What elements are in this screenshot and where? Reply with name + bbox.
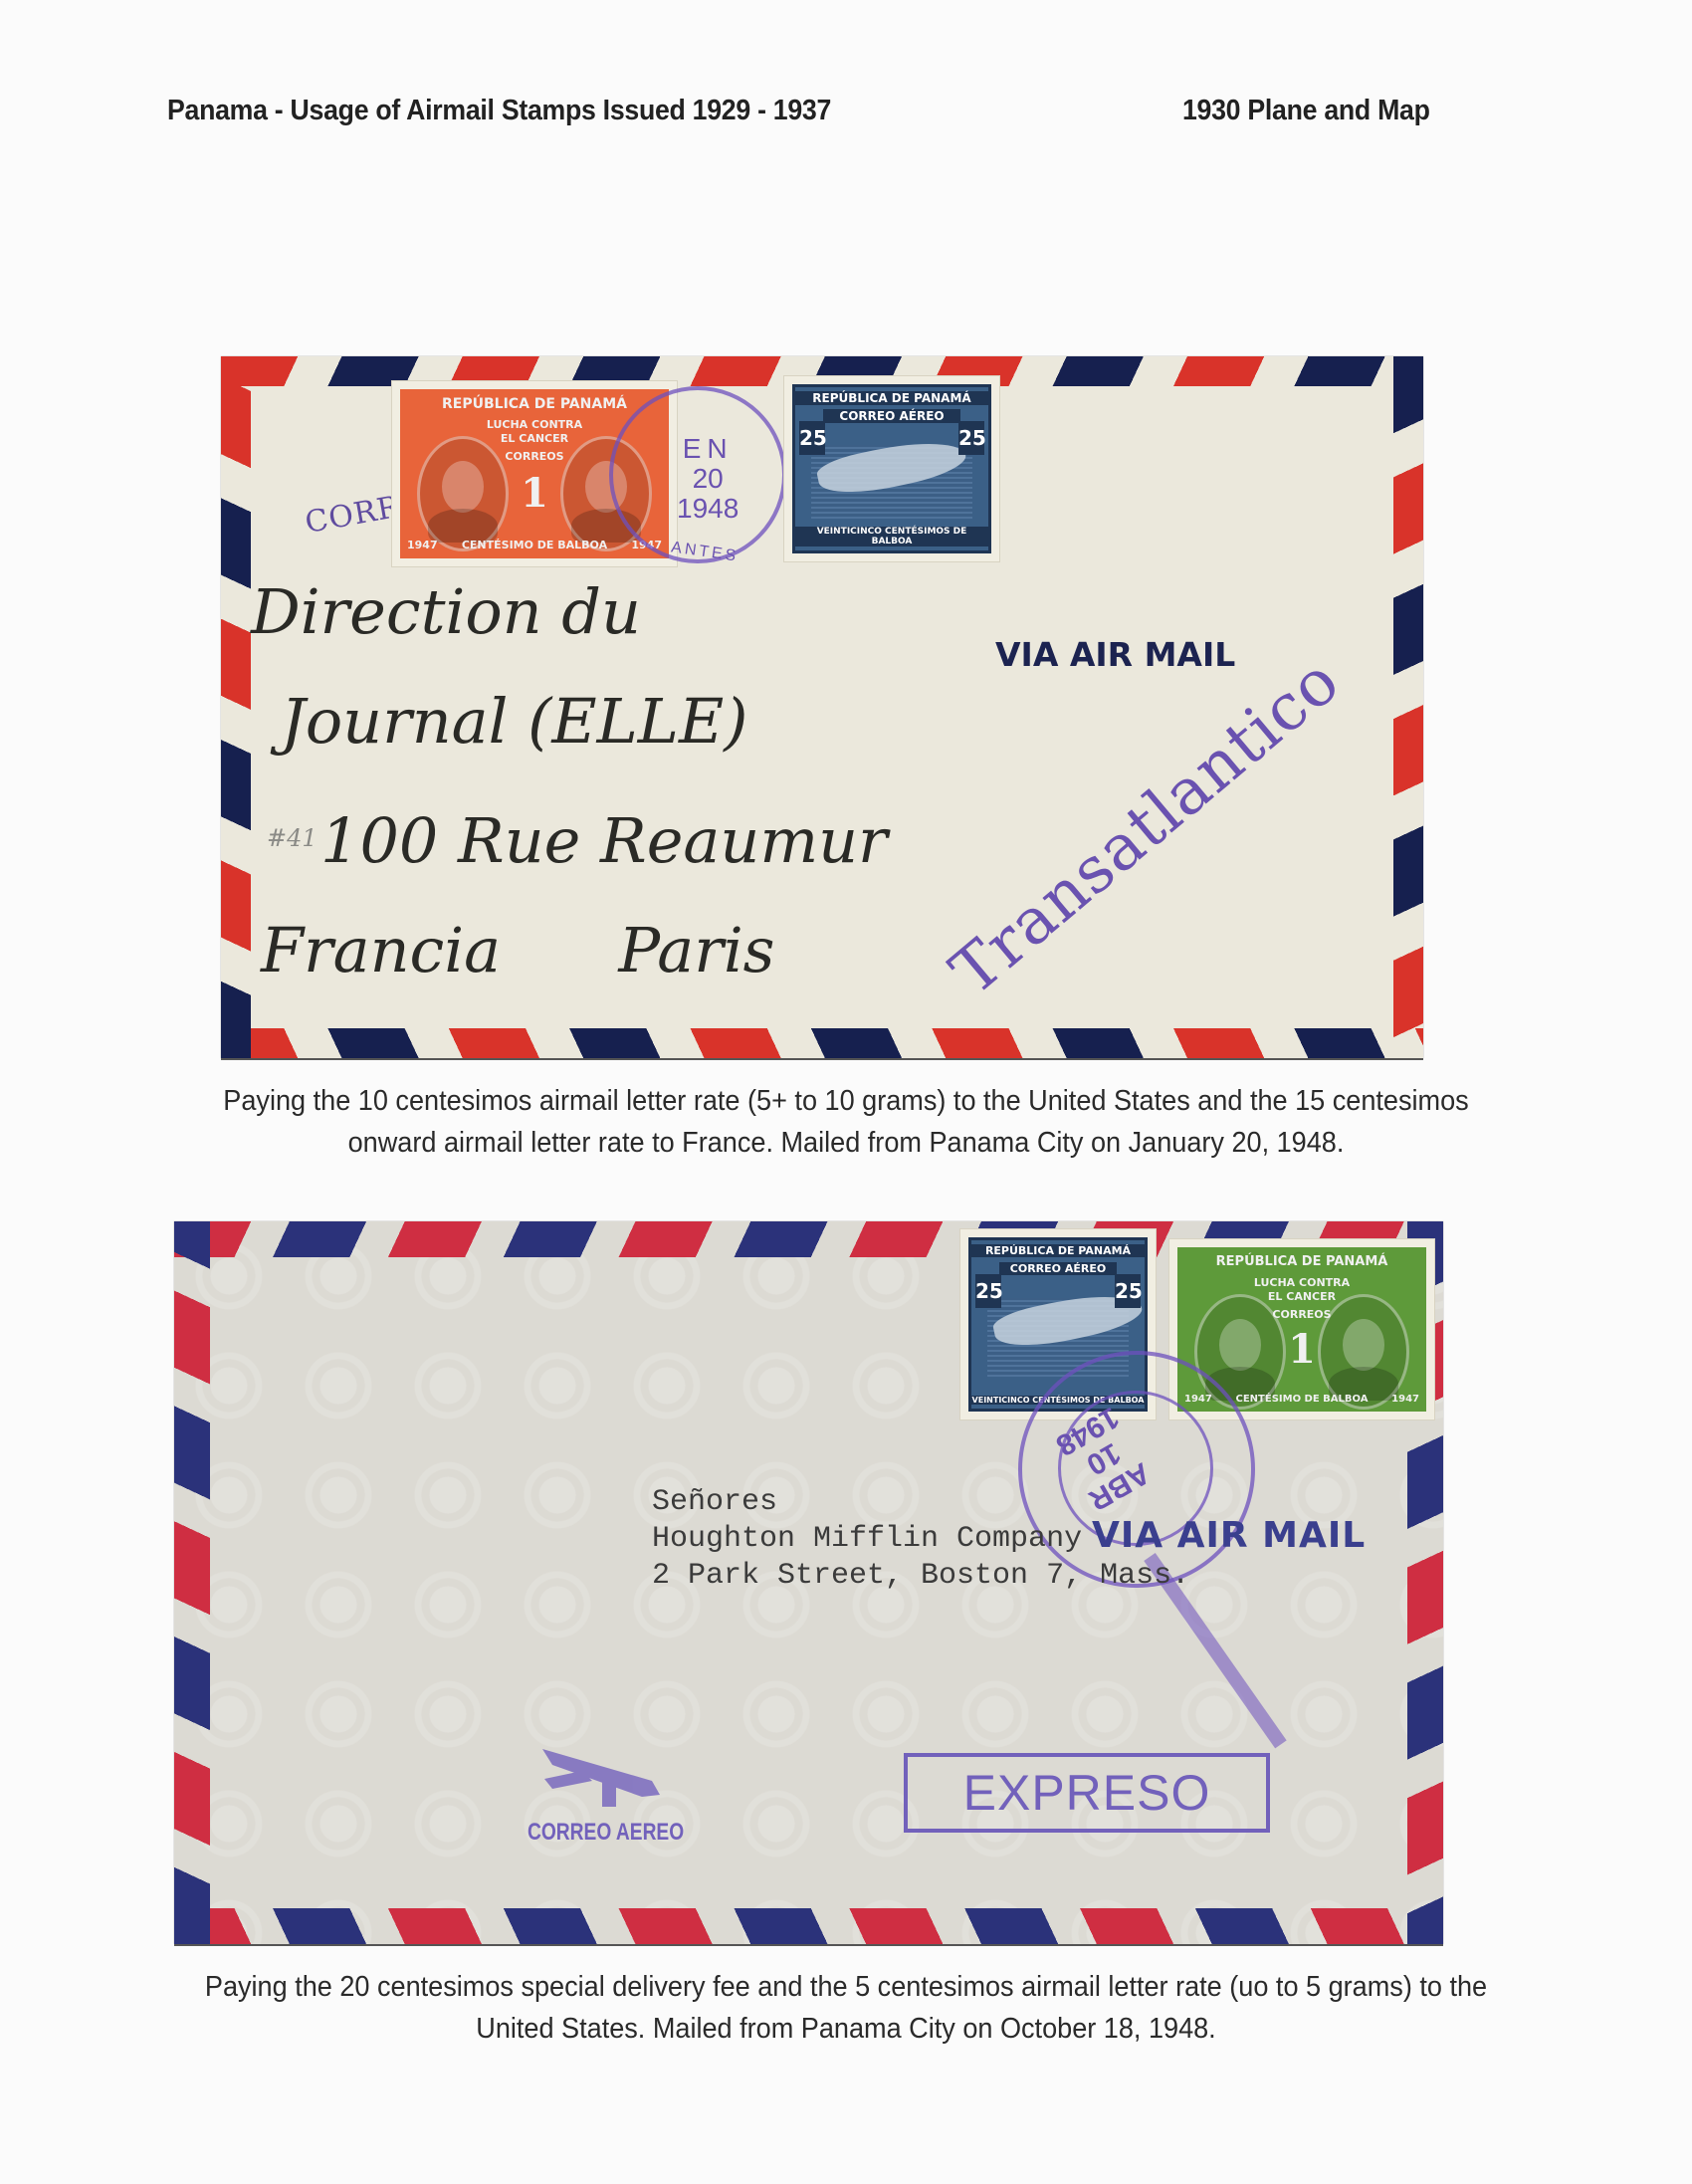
stamp-map-25c: REPÚBLICA DE PANAMÁ CORREO AÉREO 25 25 V… <box>784 376 999 561</box>
correo-aereo-handstamp: CORREO AEREO <box>528 1819 684 1847</box>
expreso-handstamp: EXPRESO <box>904 1753 1270 1833</box>
airmail-border-left <box>221 356 251 1058</box>
via-air-mail-label: VIA AIR MAIL <box>995 635 1235 674</box>
page-title: Panama - Usage of Airmail Stamps Issued … <box>167 95 831 127</box>
airmail-border-left <box>174 1221 210 1944</box>
cover-1: CORREO AEREO REPÚBLICA DE PANAMÁ LUCHA C… <box>221 356 1423 1058</box>
cover-1-caption: Paying the 10 centesimos airmail letter … <box>184 1080 1508 1164</box>
postmark-date: EN 20 1948 <box>677 434 739 524</box>
address-line-1: Señores <box>652 1484 777 1521</box>
address-line-2: Journal (ELLE) <box>281 685 747 758</box>
pencil-note: #41 <box>267 824 317 852</box>
address-line-3: 2 Park Street, Boston 7, Mass. <box>652 1558 1189 1595</box>
airmail-border-right <box>1393 356 1423 1058</box>
airmail-border-bottom <box>221 1028 1423 1058</box>
page-subtitle: 1930 Plane and Map <box>1182 95 1430 127</box>
airmail-border-bottom <box>174 1908 1443 1944</box>
cover-2: REPÚBLICA DE PANAMÁ CORREO AÉREO 25 25 V… <box>174 1221 1443 1944</box>
transatlantico-handstamp: Transatlantico <box>938 644 1354 1010</box>
address-line-4: Francia Paris <box>261 914 775 986</box>
address-line-1: Direction du <box>251 575 641 648</box>
address-line-2: Houghton Mifflin Company <box>652 1521 1082 1558</box>
airplane-icon <box>532 1741 672 1811</box>
cover-2-caption: Paying the 20 centesimos special deliver… <box>184 1966 1508 2050</box>
address-line-3: 100 Rue Reaumur <box>320 804 888 877</box>
via-air-mail-label: VIA AIR MAIL <box>1092 1515 1366 1556</box>
